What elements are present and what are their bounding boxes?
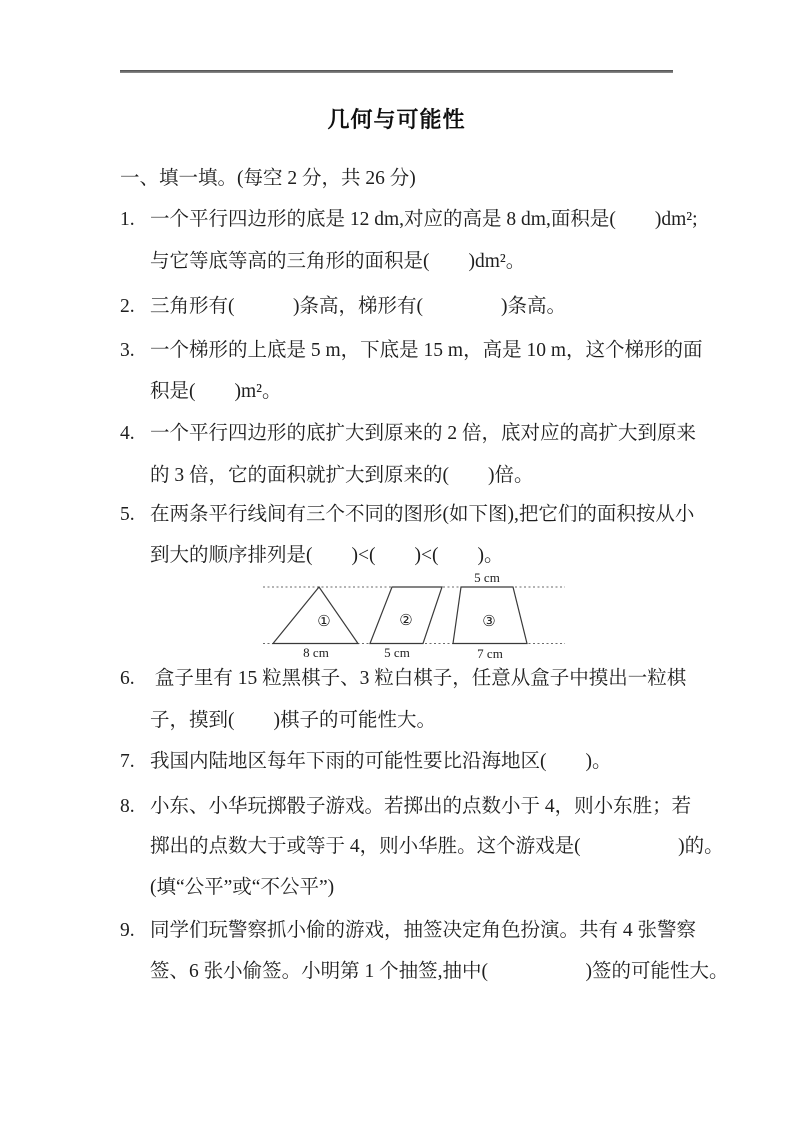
- question-text: 三角形有( )条高，梯形有( )条高。: [150, 296, 566, 317]
- question-3-line-2: 积是( )m²。: [150, 380, 282, 404]
- question-4-line-1: 4.一个平行四边形的底扩大到原来的 2 倍，底对应的高扩大到原来: [120, 422, 696, 446]
- trapezoid-base-dimension: 7 cm: [477, 646, 503, 661]
- question-text: 我国内陆地区每年下雨的可能性要比沿海地区( )。: [150, 751, 612, 772]
- parallelogram-number-label: ②: [399, 613, 412, 629]
- question-number: 3.: [120, 339, 150, 363]
- question-2-line-1: 2.三角形有( )条高，梯形有( )条高。: [120, 295, 566, 319]
- worksheet-page: 几何与可能性 一、填一填。(每空 2 分，共 26 分) 1.一个平行四边形的底…: [0, 0, 793, 1122]
- question-text: 一个平行四边形的底扩大到原来的 2 倍，底对应的高扩大到原来: [150, 423, 696, 444]
- question-text: 盒子里有 15 粒黑棋子、3 粒白棋子，任意从盒子中摸出一粒棋: [150, 668, 686, 689]
- question-6-line-1: 6. 盒子里有 15 粒黑棋子、3 粒白棋子，任意从盒子中摸出一粒棋: [120, 667, 686, 691]
- triangle-number-label: ①: [317, 614, 330, 630]
- question-9-line-1: 9.同学们玩警察抓小偷的游戏，抽签决定角色扮演。共有 4 张警察: [120, 919, 696, 943]
- question-text: 同学们玩警察抓小偷的游戏，抽签决定角色扮演。共有 4 张警察: [150, 920, 696, 941]
- question-5-line-2: 到大的顺序排列是( )<( )<( )。: [150, 544, 503, 568]
- question-text: 一个梯形的上底是 5 m，下底是 15 m，高是 10 m，这个梯形的面: [150, 340, 703, 361]
- trapezoid-number-label: ③: [482, 614, 495, 630]
- question-number: 7.: [120, 750, 150, 774]
- question-number: 2.: [120, 295, 150, 319]
- question-number: 6.: [120, 667, 150, 691]
- question-4-line-2: 的 3 倍，它的面积就扩大到原来的( )倍。: [150, 464, 534, 488]
- question-8-line-1: 8.小东、小华玩掷骰子游戏。若掷出的点数小于 4，则小东胜；若: [120, 795, 691, 819]
- question-3-line-1: 3.一个梯形的上底是 5 m，下底是 15 m，高是 10 m，这个梯形的面: [120, 339, 703, 363]
- question-9-line-2: 签、6 张小偷签。小明第 1 个抽签,抽中( )签的可能性大。: [150, 960, 729, 984]
- header-divider: [120, 70, 673, 73]
- question-8-line-2: 掷出的点数大于或等于 4，则小华胜。这个游戏是( )的。: [150, 835, 724, 859]
- section-heading: 一、填一填。(每空 2 分，共 26 分): [120, 167, 416, 191]
- question-5-line-1: 5.在两条平行线间有三个不同的图形(如下图),把它们的面积按从小: [120, 503, 694, 527]
- parallelogram-base-dimension: 5 cm: [384, 645, 410, 660]
- question-1-line-1: 1.一个平行四边形的底是 12 dm,对应的高是 8 dm,面积是( )dm²;: [120, 208, 698, 232]
- trapezoid-top-dimension: 5 cm: [474, 570, 500, 585]
- question-1-line-2: 与它等底等高的三角形的面积是( )dm²。: [150, 250, 525, 274]
- page-title: 几何与可能性: [0, 103, 793, 134]
- triangle-base-dimension: 8 cm: [303, 645, 329, 660]
- question-number: 4.: [120, 422, 150, 446]
- question-text: 小东、小华玩掷骰子游戏。若掷出的点数小于 4，则小东胜；若: [150, 796, 691, 817]
- shapes-figure: 5 cm ① ② ③ 8 cm 5 cm 7 cm: [250, 568, 580, 663]
- triangle-shape: [273, 587, 358, 644]
- question-7-line-1: 7.我国内陆地区每年下雨的可能性要比沿海地区( )。: [120, 750, 612, 774]
- question-number: 9.: [120, 919, 150, 943]
- question-8-line-3: (填“公平”或“不公平”): [150, 876, 334, 900]
- question-number: 1.: [120, 208, 150, 232]
- question-text: 在两条平行线间有三个不同的图形(如下图),把它们的面积按从小: [150, 504, 694, 525]
- question-text: 一个平行四边形的底是 12 dm,对应的高是 8 dm,面积是( )dm²;: [150, 209, 698, 230]
- question-6-line-2: 子，摸到( )棋子的可能性大。: [150, 709, 436, 733]
- question-number: 5.: [120, 503, 150, 527]
- question-number: 8.: [120, 795, 150, 819]
